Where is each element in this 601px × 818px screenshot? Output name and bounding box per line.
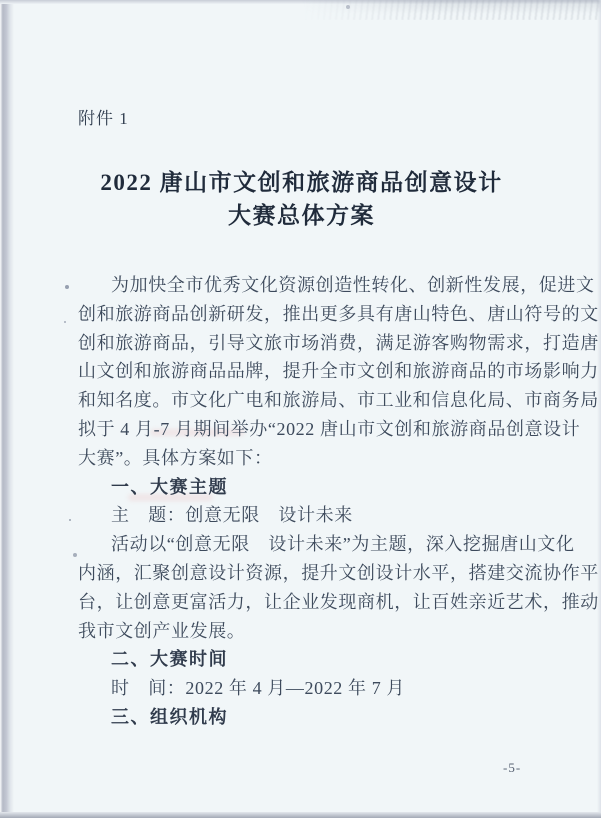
body-line: 主 题：创意无限 设计未来 — [78, 501, 538, 530]
body-line: 时 间：2022 年 4 月—2022 年 7 月 — [78, 674, 538, 703]
scanned-document-page: 附件 1 2022 唐山市文创和旅游商品创意设计 大赛总体方案 为加快全市优秀文… — [0, 0, 601, 818]
attachment-label: 附件 1 — [78, 104, 129, 129]
section-heading-1: 一、大赛主题 — [78, 473, 538, 502]
scan-corner-noise — [301, 0, 601, 20]
body-line: 内涵，汇聚创意设计资源，提升文创设计水平，搭建交流协作平 — [78, 559, 538, 588]
section-heading-2: 二、大赛时间 — [78, 645, 538, 674]
scan-bottom-edge — [0, 812, 601, 818]
body-line: 创和旅游商品创新研发，推出更多具有唐山特色、唐山符号的文 — [78, 300, 538, 329]
page-number: -5- — [503, 760, 521, 776]
document-title-line2: 大赛总体方案 — [14, 199, 589, 232]
scan-left-edge — [0, 0, 14, 818]
body-line: 活动以“创意无限 设计未来”为主题，深入挖掘唐山文化 — [78, 530, 538, 559]
body-line: 大赛”。具体方案如下： — [78, 444, 538, 473]
body-line: 创和旅游商品，引导文旅市场消费，满足游客购物需求，打造唐 — [78, 329, 538, 358]
body-line: 台，让创意更富活力，让企业发现商机，让百姓亲近艺术，推动 — [78, 588, 538, 617]
document-title: 2022 唐山市文创和旅游商品创意设计 大赛总体方案 — [14, 166, 589, 232]
section-heading-3: 三、组织机构 — [78, 703, 538, 732]
body-line: 山文创和旅游商品品牌，提升全市文创和旅游商品的市场影响力 — [78, 357, 538, 386]
body-line: 为加快全市优秀文化资源创造性转化、创新性发展，促进文 — [78, 271, 538, 300]
scan-speck-artifacts — [0, 0, 2, 2]
document-body: 为加快全市优秀文化资源创造性转化、创新性发展，促进文 创和旅游商品创新研发，推出… — [78, 271, 538, 732]
body-line: 我市文创产业发展。 — [78, 617, 538, 646]
body-line: 和知名度。市文化广电和旅游局、市工业和信息化局、市商务局 — [78, 386, 538, 415]
body-line: 拟于 4 月-7 月期间举办“2022 唐山市文创和旅游商品创意设计 — [78, 415, 538, 444]
document-title-line1: 2022 唐山市文创和旅游商品创意设计 — [14, 166, 589, 199]
